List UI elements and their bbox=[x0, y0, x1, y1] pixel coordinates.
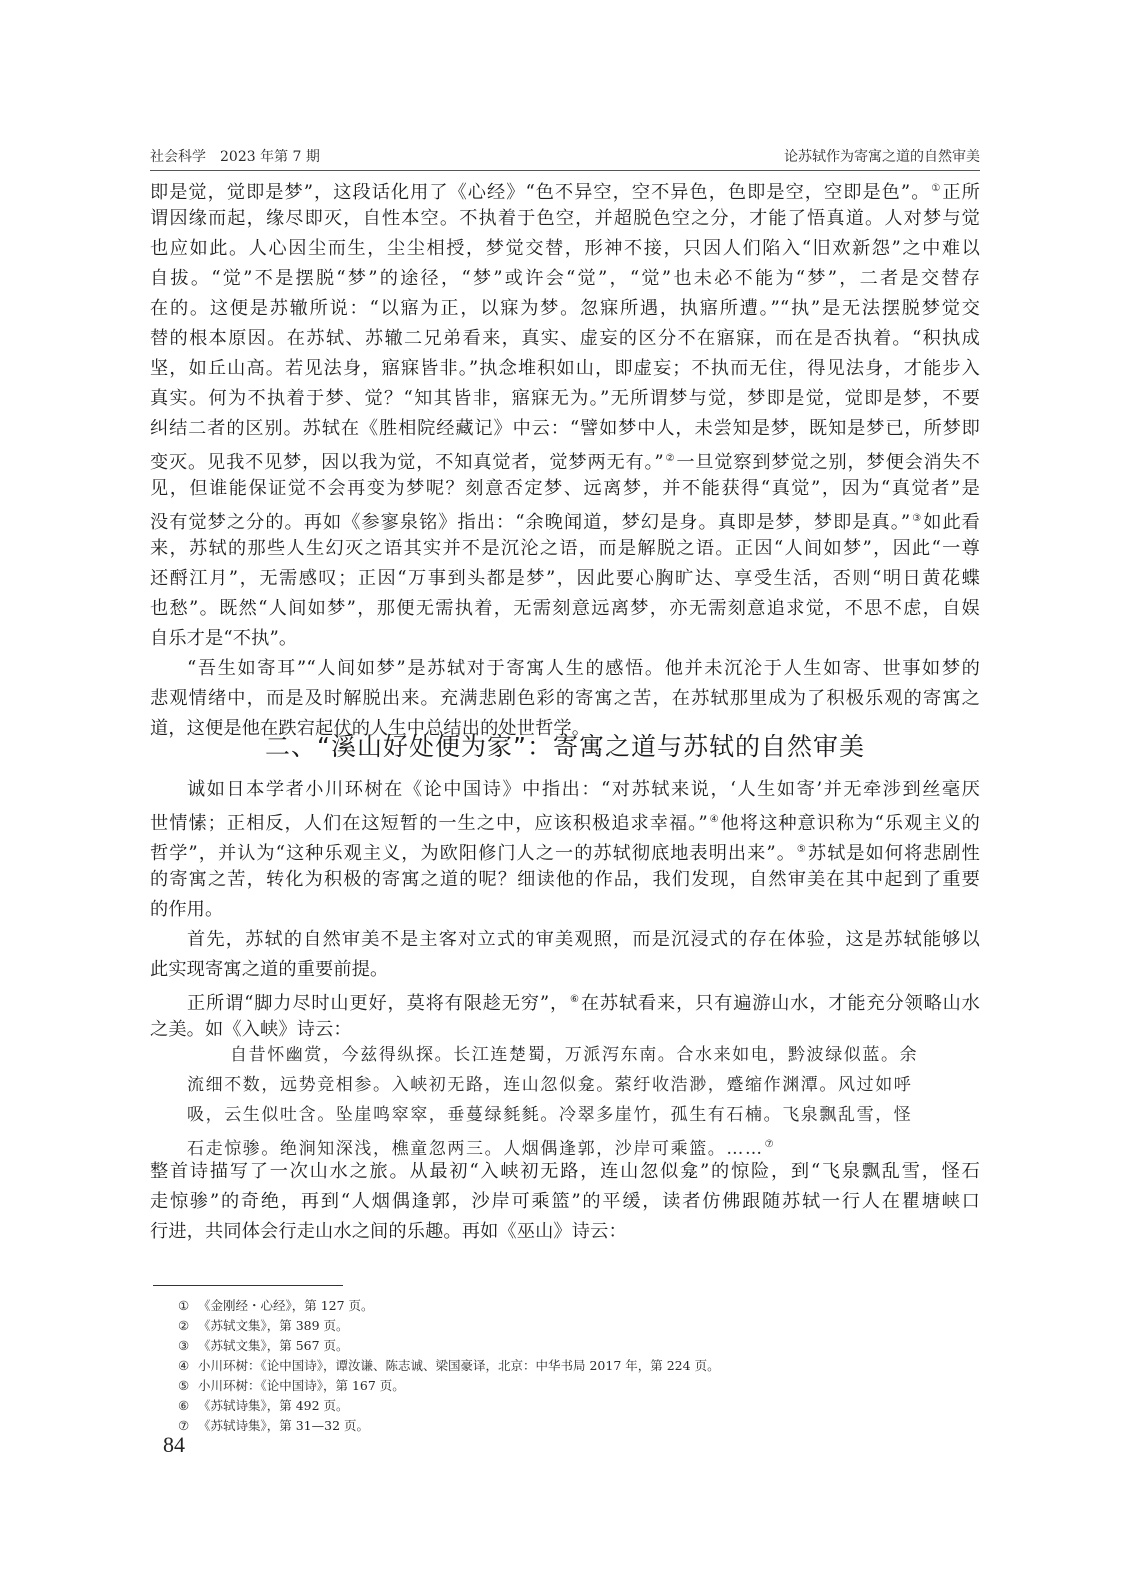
line-text: 此实现寄寓之道的重要前提。 bbox=[150, 959, 388, 980]
footnote-item: ①《金刚经・心经》，第 127 页。 bbox=[178, 1296, 958, 1316]
body-text-part1: 即是觉，觉即是梦”，这段话化用了《心经》“色不异空，空不异色，色即是空，空即是色… bbox=[150, 174, 980, 744]
footnote-text: 《金刚经・心经》，第 127 页。 bbox=[198, 1298, 374, 1313]
running-header: 社会科学 2023 年第 7 期 论苏轼作为寄寓之道的自然审美 bbox=[150, 146, 980, 168]
line-text-cont: 正所 bbox=[942, 182, 980, 203]
journal-page: 社会科学 2023 年第 7 期 论苏轼作为寄寓之道的自然审美 即是觉，觉即是梦… bbox=[0, 0, 1133, 1590]
journal-issue: 社会科学 2023 年第 7 期 bbox=[150, 146, 320, 166]
text-line: 走惊骖”的奇绝，再到“人烟偶逢郭，沙岸可乘篮”的平缓，读者仿佛跟随苏轼一行人在瞿… bbox=[150, 1187, 980, 1217]
poem-line-text: 自昔怀幽赏，今兹得纵探。长江连楚蜀，万派泻东南。合水来如电，黔波绿似蓝。余 bbox=[230, 1045, 918, 1065]
footnote-number: ④ bbox=[178, 1356, 198, 1376]
line-text: 自拔。“觉”不是摆脱“梦”的途径，“梦”或许会“觉”，“觉”也未必不能为“梦”，… bbox=[150, 268, 980, 289]
footnote-text: 《苏轼文集》，第 567 页。 bbox=[198, 1338, 349, 1353]
line-text: 来，苏轼的那些人生幻灭之语其实并不是沉沦之语，而是解脱之语。正因“人间如梦”，因… bbox=[150, 538, 980, 559]
text-line: 也应如此。人心因尘而生，尘尘相授，梦觉交替，形神不接，只因人们陷入“旧欢新怨”之… bbox=[150, 234, 980, 264]
line-text-cont: 苏轼是如何将悲剧性 bbox=[808, 843, 980, 864]
text-line: 自拔。“觉”不是摆脱“梦”的途径，“梦”或许会“觉”，“觉”也未必不能为“梦”，… bbox=[150, 264, 980, 294]
line-text: 变灭。见我不见梦，因以我为觉，不知真觉者，觉梦两无有。” bbox=[150, 452, 664, 473]
poem-line: 流细不数，远势竞相参。入峡初无路，连山忽似龛。萦纡收浩渺，蹙缩作渊潭。风过如呼 bbox=[150, 1070, 980, 1100]
footnote-item: ④小川环树：《论中国诗》，谭汝谦、陈志诚、梁国豪译，北京：中华书局 2017 年… bbox=[178, 1356, 958, 1376]
text-line: 也愁”。既然“人间如梦”，那便无需执着，无需刻意远离梦，亦无需刻意追求觉，不思不… bbox=[150, 594, 980, 624]
footnote-item: ③《苏轼文集》，第 567 页。 bbox=[178, 1336, 958, 1356]
footnote-text: 小川环树：《论中国诗》，谭汝谦、陈志诚、梁国豪译，北京：中华书局 2017 年，… bbox=[198, 1358, 720, 1373]
text-line: 真实。何为不执着于梦、觉？“知其皆非，寤寐无为。”无所谓梦与觉，梦即是觉，觉即是… bbox=[150, 384, 980, 414]
line-text: 首先，苏轼的自然审美不是主客对立式的审美观照，而是沉浸式的存在体验，这是苏轼能够… bbox=[187, 929, 980, 950]
line-text: 行进，共同体会行走山水之间的乐趣。再如《巫山》诗云： bbox=[150, 1221, 627, 1242]
line-text: 哲学”，并认为“这种乐观主义，为欧阳修门人之一的苏轼彻底地表明出来”。 bbox=[150, 843, 796, 864]
footnote-number: ① bbox=[178, 1296, 198, 1316]
footnote-marker[interactable]: ① bbox=[931, 183, 941, 194]
footnotes: ①《金刚经・心经》，第 127 页。②《苏轼文集》，第 389 页。③《苏轼文集… bbox=[178, 1296, 958, 1436]
line-text: 也愁”。既然“人间如梦”，那便无需执着，无需刻意远离梦，亦无需刻意追求觉，不思不… bbox=[150, 598, 980, 619]
poem-line-text: 吸，云生似吐含。坠崖鸣窣窣，垂蔓绿毵毵。冷翠多崖竹，孤生有石楠。飞泉飘乱雪，怪 bbox=[187, 1105, 912, 1125]
text-line: 整首诗描写了一次山水之旅。从最初“入峡初无路，连山忽似龛”的惊险，到“飞泉飘乱雪… bbox=[150, 1157, 980, 1187]
line-text: 自乐才是“不执”。 bbox=[150, 628, 297, 649]
line-text: 也应如此。人心因尘而生，尘尘相授，梦觉交替，形神不接，只因人们陷入“旧欢新怨”之… bbox=[150, 238, 980, 259]
footnote-item: ⑥《苏轼诗集》，第 492 页。 bbox=[178, 1396, 958, 1416]
poem-line-text: 石走惊骖。绝涧知深浅，樵童忽两三。人烟偶逢郭，沙岸可乘篮。…… bbox=[187, 1139, 764, 1159]
line-text: 悲观情绪中，而是及时解脱出来。充满悲剧色彩的寄寓之苦，在苏轼那里成为了积极乐观的… bbox=[150, 688, 980, 709]
text-line: 谓因缘而起，缘尽即灭，自性本空。不执着于色空，并超脱色空之分，才能了悟真道。人对… bbox=[150, 204, 980, 234]
footnote-marker[interactable]: ④ bbox=[709, 814, 720, 825]
text-line: 替的根本原因。在苏轼、苏辙二兄弟看来，真实、虚妄的区分不在寤寐，而在是否执着。“… bbox=[150, 324, 980, 354]
line-text: 的作用。 bbox=[150, 899, 223, 920]
article-title: 论苏轼作为寄寓之道的自然审美 bbox=[784, 146, 980, 166]
text-line: 纠结二者的区别。苏轼在《胜相院经藏记》中云：“譬如梦中人，未尝知是梦，既知是梦已… bbox=[150, 414, 980, 444]
line-text-cont: 在苏轼看来，只有遍游山水，才能充分领略山水 bbox=[581, 993, 980, 1014]
footnote-text: 《苏轼诗集》，第 492 页。 bbox=[198, 1398, 349, 1413]
footnote-number: ③ bbox=[178, 1336, 198, 1356]
footnote-marker[interactable]: ⑦ bbox=[765, 1139, 776, 1150]
text-line: 来，苏轼的那些人生幻灭之语其实并不是沉沦之语，而是解脱之语。正因“人间如梦”，因… bbox=[150, 534, 980, 564]
text-line: 悲观情绪中，而是及时解脱出来。充满悲剧色彩的寄寓之苦，在苏轼那里成为了积极乐观的… bbox=[150, 684, 980, 714]
footnote-marker[interactable]: ③ bbox=[911, 513, 922, 524]
text-line: 坚，如丘山高。若见法身，寤寐皆非。”执念堆积如山，即虚妄；不执而无住，得见法身，… bbox=[150, 354, 980, 384]
poem-quote: 自昔怀幽赏，今兹得纵探。长江连楚蜀，万派泻东南。合水来如电，黔波绿似蓝。余流细不… bbox=[150, 1040, 980, 1160]
line-text: 整首诗描写了一次山水之旅。从最初“入峡初无路，连山忽似龛”的惊险，到“飞泉飘乱雪… bbox=[150, 1161, 980, 1182]
text-line: 的寄寓之苦，转化为积极的寄寓之道的呢？细读他的作品，我们发现，自然审美在其中起到… bbox=[150, 865, 980, 895]
poem-line-text: 流细不数，远势竞相参。入峡初无路，连山忽似龛。萦纡收浩渺，蹙缩作渊潭。风过如呼 bbox=[187, 1075, 912, 1095]
text-line: 变灭。见我不见梦，因以我为觉，不知真觉者，觉梦两无有。”②一旦觉察到梦觉之别，梦… bbox=[150, 444, 980, 474]
line-text-cont: 如此看 bbox=[923, 512, 980, 533]
line-text-cont: 一旦觉察到梦觉之别，梦便会消失不 bbox=[676, 452, 980, 473]
line-text-cont: 他将这种意识称为“乐观主义的 bbox=[721, 813, 980, 834]
body-text-part3: 整首诗描写了一次山水之旅。从最初“入峡初无路，连山忽似龛”的惊险，到“飞泉飘乱雪… bbox=[150, 1157, 980, 1247]
text-line: 此实现寄寓之道的重要前提。 bbox=[150, 955, 980, 985]
section-heading: 二、“溪山好处便为家”：寄寓之道与苏轼的自然审美 bbox=[150, 725, 980, 769]
text-line: 自乐才是“不执”。 bbox=[150, 624, 980, 654]
footnote-number: ② bbox=[178, 1316, 198, 1336]
text-line: 的作用。 bbox=[150, 895, 980, 925]
poem-line: 石走惊骖。绝涧知深浅，樵童忽两三。人烟偶逢郭，沙岸可乘篮。……⑦ bbox=[150, 1130, 980, 1160]
footnote-marker[interactable]: ⑥ bbox=[570, 994, 580, 1005]
footnote-marker[interactable]: ② bbox=[665, 453, 675, 464]
footnote-text: 《苏轼诗集》，第 31—32 页。 bbox=[198, 1418, 369, 1433]
footnote-text: 《苏轼文集》，第 389 页。 bbox=[198, 1318, 349, 1333]
line-text: 还酹江月”，无需感叹；正因“万事到头都是梦”，因此要心胸旷达、享受生活，否则“明… bbox=[150, 568, 980, 589]
line-text: 走惊骖”的奇绝，再到“人烟偶逢郭，沙岸可乘篮”的平缓，读者仿佛跟随苏轼一行人在瞿… bbox=[150, 1191, 980, 1212]
line-text: 见，但谁能保证觉不会再变为梦呢？刻意否定梦、远离梦，并不能获得“真觉”，因为“真… bbox=[150, 478, 980, 499]
header-rule bbox=[150, 170, 980, 171]
line-text: “吾生如寄耳”“人间如梦”是苏轼对于寄寓人生的感悟。他并未沉沦于人生如寄、世事如… bbox=[187, 658, 980, 679]
text-line: 哲学”，并认为“这种乐观主义，为欧阳修门人之一的苏轼彻底地表明出来”。⑤苏轼是如… bbox=[150, 835, 980, 865]
poem-line: 自昔怀幽赏，今兹得纵探。长江连楚蜀，万派泻东南。合水来如电，黔波绿似蓝。余 bbox=[150, 1040, 980, 1070]
text-line: 即是觉，觉即是梦”，这段话化用了《心经》“色不异空，空不异色，色即是空，空即是色… bbox=[150, 174, 980, 204]
line-text: 即是觉，觉即是梦”，这段话化用了《心经》“色不异空，空不异色，色即是空，空即是色… bbox=[150, 182, 930, 203]
line-text: 诚如日本学者小川环树在《论中国诗》中指出：“对苏轼来说，‘人生如寄’并无牵涉到丝… bbox=[187, 779, 980, 800]
text-line: 诚如日本学者小川环树在《论中国诗》中指出：“对苏轼来说，‘人生如寄’并无牵涉到丝… bbox=[150, 775, 980, 805]
text-line: 没有觉梦之分的。再如《参寥泉铭》指出：“余晚闻道，梦幻是身。真即是梦，梦即是真。… bbox=[150, 504, 980, 534]
text-line: 行进，共同体会行走山水之间的乐趣。再如《巫山》诗云： bbox=[150, 1217, 980, 1247]
line-text: 正所谓“脚力尽时山更好，莫将有限趁无穷”， bbox=[187, 993, 569, 1014]
footnote-item: ②《苏轼文集》，第 389 页。 bbox=[178, 1316, 958, 1336]
text-line: 还酹江月”，无需感叹；正因“万事到头都是梦”，因此要心胸旷达、享受生活，否则“明… bbox=[150, 564, 980, 594]
footnote-marker[interactable]: ⑤ bbox=[797, 844, 807, 855]
line-text: 纠结二者的区别。苏轼在《胜相院经藏记》中云：“譬如梦中人，未尝知是梦，既知是梦已… bbox=[150, 418, 980, 439]
footnote-item: ⑦《苏轼诗集》，第 31—32 页。 bbox=[178, 1416, 958, 1436]
line-text: 在的。这便是苏辙所说：“以寤为正，以寐为梦。忽寐所遇，执寤所遭。”“执”是无法摆… bbox=[150, 298, 980, 319]
line-text: 之美。如《入峡》诗云： bbox=[150, 1019, 352, 1040]
footnote-rule bbox=[153, 1285, 343, 1286]
footnote-number: ⑤ bbox=[178, 1376, 198, 1396]
body-text-part2: 诚如日本学者小川环树在《论中国诗》中指出：“对苏轼来说，‘人生如寄’并无牵涉到丝… bbox=[150, 775, 980, 1045]
poem-line: 吸，云生似吐含。坠崖鸣窣窣，垂蔓绿毵毵。冷翠多崖竹，孤生有石楠。飞泉飘乱雪，怪 bbox=[150, 1100, 980, 1130]
text-line: 见，但谁能保证觉不会再变为梦呢？刻意否定梦、远离梦，并不能获得“真觉”，因为“真… bbox=[150, 474, 980, 504]
line-text: 的寄寓之苦，转化为积极的寄寓之道的呢？细读他的作品，我们发现，自然审美在其中起到… bbox=[150, 869, 980, 890]
text-line: “吾生如寄耳”“人间如梦”是苏轼对于寄寓人生的感悟。他并未沉沦于人生如寄、世事如… bbox=[150, 654, 980, 684]
footnote-item: ⑤小川环树：《论中国诗》，第 167 页。 bbox=[178, 1376, 958, 1396]
text-line: 首先，苏轼的自然审美不是主客对立式的审美观照，而是沉浸式的存在体验，这是苏轼能够… bbox=[150, 925, 980, 955]
line-text: 谓因缘而起，缘尽即灭，自性本空。不执着于色空，并超脱色空之分，才能了悟真道。人对… bbox=[150, 208, 980, 229]
line-text: 真实。何为不执着于梦、觉？“知其皆非，寤寐无为。”无所谓梦与觉，梦即是觉，觉即是… bbox=[150, 388, 980, 409]
line-text: 替的根本原因。在苏轼、苏辙二兄弟看来，真实、虚妄的区分不在寤寐，而在是否执着。“… bbox=[150, 328, 980, 349]
line-text: 坚，如丘山高。若见法身，寤寐皆非。”执念堆积如山，即虚妄；不执而无住，得见法身，… bbox=[150, 358, 980, 379]
line-text: 没有觉梦之分的。再如《参寥泉铭》指出：“余晚闻道，梦幻是身。真即是梦，梦即是真。… bbox=[150, 512, 910, 533]
text-line: 正所谓“脚力尽时山更好，莫将有限趁无穷”，⑥在苏轼看来，只有遍游山水，才能充分领… bbox=[150, 985, 980, 1015]
text-line: 在的。这便是苏辙所说：“以寤为正，以寐为梦。忽寐所遇，执寤所遭。”“执”是无法摆… bbox=[150, 294, 980, 324]
page-number: 84 bbox=[163, 1432, 185, 1458]
text-line: 世情愫；正相反，人们在这短暂的一生之中，应该积极追求幸福。”④他将这种意识称为“… bbox=[150, 805, 980, 835]
line-text: 世情愫；正相反，人们在这短暂的一生之中，应该积极追求幸福。” bbox=[150, 813, 708, 834]
footnote-text: 小川环树：《论中国诗》，第 167 页。 bbox=[198, 1378, 405, 1393]
footnote-number: ⑥ bbox=[178, 1396, 198, 1416]
